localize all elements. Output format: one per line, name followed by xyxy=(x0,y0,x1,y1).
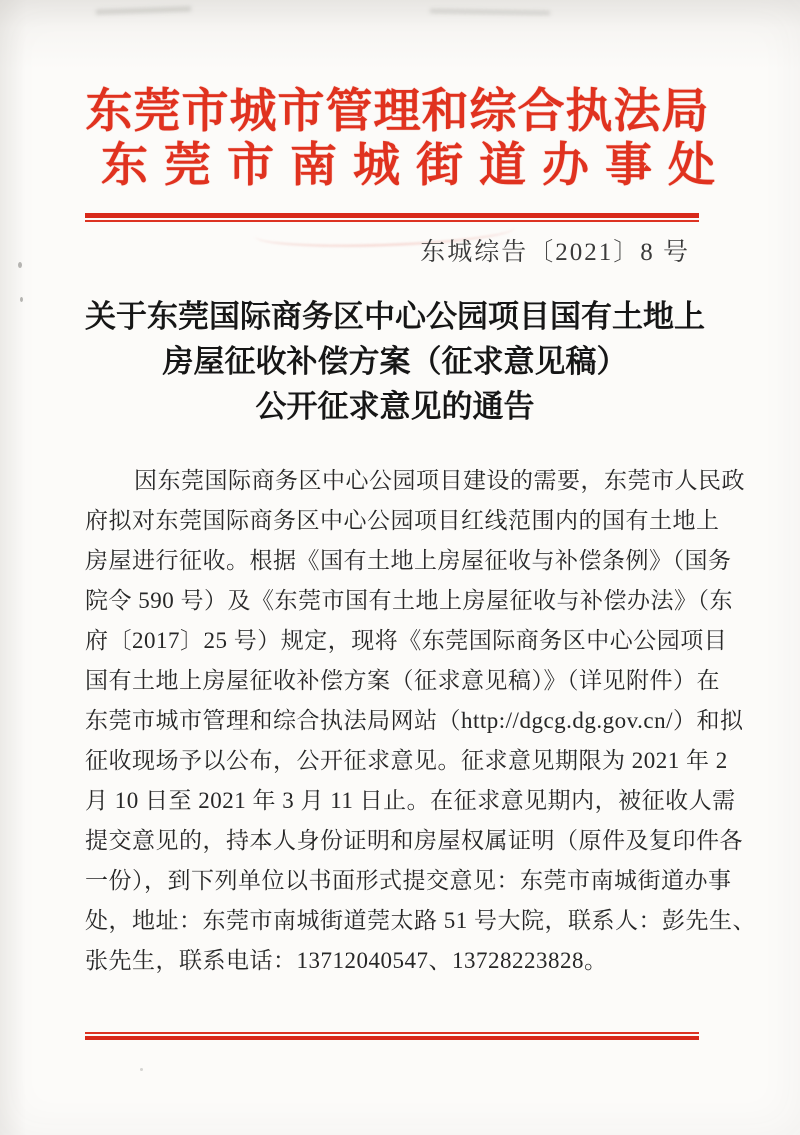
divider-thin-line xyxy=(85,220,699,222)
notice-title-line: 关于东莞国际商务区中心公园项目国有土地上 xyxy=(85,294,705,339)
scanned-notice-page: 东莞市城市管理和综合执法局 东莞市南城街道办事处 东城综告〔2021〕8 号 关… xyxy=(0,0,800,1135)
footer-divider xyxy=(85,1032,699,1040)
notice-title-line: 房屋征收补偿方案（征求意见稿） xyxy=(85,339,705,384)
doc-number: 东城综告〔2021〕8 号 xyxy=(85,237,690,269)
scan-artifact-streak xyxy=(96,6,191,14)
body-line: 东莞市城市管理和综合执法局网站（http://dgcg.dg.gov.cn/）和… xyxy=(85,701,700,741)
body-line: 一份），到下列单位以书面形式提交意见：东莞市南城街道办事 xyxy=(85,861,700,901)
agency-name-primary: 东莞市城市管理和综合执法局 xyxy=(85,86,710,139)
body-line: 因东莞国际商务区中心公园项目建设的需要，东莞市人民政 xyxy=(85,461,700,501)
scan-artifact-speck xyxy=(20,297,23,302)
body-line: 府〔2017〕25 号）规定，现将《东莞国际商务区中心公园项目 xyxy=(85,621,700,661)
agency-name-secondary: 东莞市南城街道办事处 xyxy=(85,139,710,194)
body-line: 征收现场予以公布，公开征求意见。征求意见期限为 2021 年 2 xyxy=(85,741,700,781)
notice-title-line: 公开征求意见的通告 xyxy=(85,384,705,429)
letterhead: 东莞市城市管理和综合执法局 东莞市南城街道办事处 xyxy=(85,86,710,194)
body-line: 房屋进行征收。根据《国有土地上房屋征收与补偿条例》（国务 xyxy=(85,541,700,581)
letterhead-divider xyxy=(85,213,699,222)
body-line: 月 10 日至 2021 年 3 月 11 日止。在征求意见期内，被征收人需 xyxy=(85,781,700,821)
body-line: 院令 590 号）及《东莞市国有土地上房屋征收与补偿办法》（东 xyxy=(85,581,700,621)
divider-thick-line xyxy=(85,1036,699,1040)
body-line: 张先生，联系电话：13712040547、13728223828。 xyxy=(85,941,700,981)
body-line: 府拟对东莞国际商务区中心公园项目红线范围内的国有土地上 xyxy=(85,501,700,541)
scan-artifact-speck xyxy=(18,262,22,268)
scan-artifact-speck xyxy=(140,1068,143,1071)
scan-artifact-streak xyxy=(430,9,550,15)
notice-body: 因东莞国际商务区中心公园项目建设的需要，东莞市人民政 府拟对东莞国际商务区中心公… xyxy=(85,461,700,981)
body-line: 国有土地上房屋征收补偿方案（征求意见稿）》（详见附件）在 xyxy=(85,661,700,701)
notice-title: 关于东莞国际商务区中心公园项目国有土地上 房屋征收补偿方案（征求意见稿） 公开征… xyxy=(85,294,705,429)
body-line: 提交意见的，持本人身份证明和房屋权属证明（原件及复印件各 xyxy=(85,821,700,861)
body-line: 处，地址：东莞市南城街道莞太路 51 号大院，联系人：彭先生、 xyxy=(85,901,700,941)
